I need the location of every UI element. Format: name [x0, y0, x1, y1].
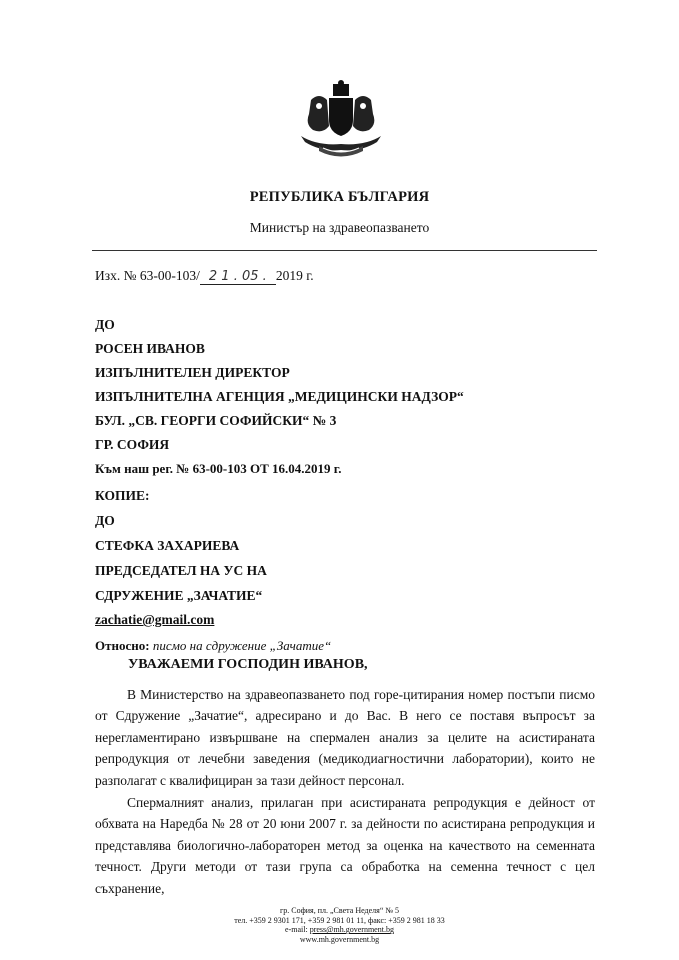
recipient-organization: ИЗПЪЛНИТЕЛНА АГЕНЦИЯ „МЕДИЦИНСКИ НАДЗОР“: [95, 389, 464, 405]
footer: гр. София, пл. „Света Неделя“ № 5 тел. +…: [0, 906, 679, 944]
recipient-position: ИЗПЪЛНИТЕЛЕН ДИРЕКТОР: [95, 365, 290, 381]
office-heading: Министър на здравеопазването: [0, 220, 679, 236]
copy-name: СТЕФКА ЗАХАРИЕВА: [95, 538, 239, 554]
header-divider: [92, 250, 597, 251]
outgoing-prefix: Изх. № 63-00-103/: [95, 268, 200, 283]
handwritten-date: 2 1 . 05 .: [200, 270, 276, 285]
footer-website[interactable]: www.mh.government.bg: [0, 935, 679, 945]
outgoing-number: Изх. № 63-00-103/2 1 . 05 .2019 г.: [95, 268, 314, 285]
outgoing-suffix: 2019 г.: [276, 268, 314, 283]
copy-organization: СДРУЖЕНИЕ „ЗАЧАТИЕ“: [95, 588, 262, 604]
country-heading: РЕПУБЛИКА БЪЛГАРИЯ: [0, 189, 679, 206]
recipient-city: ГР. СОФИЯ: [95, 437, 169, 453]
recipient-reference: Към наш рег. № 63-00-103 ОТ 16.04.2019 г…: [95, 461, 341, 477]
copy-email-link[interactable]: zachatie@gmail.com: [95, 612, 214, 628]
copy-to-label: ДО: [95, 513, 115, 529]
footer-email-label: e-mail:: [285, 925, 310, 934]
body-paragraph: Спермалният анализ, прилаган при асистир…: [95, 792, 595, 899]
footer-phones: тел. +359 2 9301 171, +359 2 981 01 11, …: [0, 916, 679, 926]
greeting: УВАЖАЕМИ ГОСПОДИН ИВАНОВ,: [128, 657, 368, 673]
coat-of-arms-icon: [297, 80, 385, 160]
subject-line: Относно: писмо на сдружение „Зачатие“: [95, 638, 331, 654]
letter-page: РЕПУБЛИКА БЪЛГАРИЯ Министър на здравеопа…: [0, 0, 679, 960]
footer-address: гр. София, пл. „Света Неделя“ № 5: [0, 906, 679, 916]
recipient-address: БУЛ. „СВ. ГЕОРГИ СОФИЙСКИ“ № 3: [95, 413, 336, 429]
footer-email-link[interactable]: press@mh.government.bg: [310, 925, 394, 934]
body-paragraph: В Министерство на здравеопазването под г…: [95, 684, 595, 791]
copy-label: КОПИЕ:: [95, 488, 149, 504]
subject-text: писмо на сдружение „Зачатие“: [153, 638, 331, 653]
recipient-to-label: ДО: [95, 317, 115, 333]
subject-label: Относно:: [95, 638, 150, 653]
recipient-name: РОСЕН ИВАНОВ: [95, 341, 205, 357]
footer-email-line: e-mail: press@mh.government.bg: [0, 925, 679, 935]
copy-position: ПРЕДСЕДАТЕЛ НА УС НА: [95, 563, 267, 579]
